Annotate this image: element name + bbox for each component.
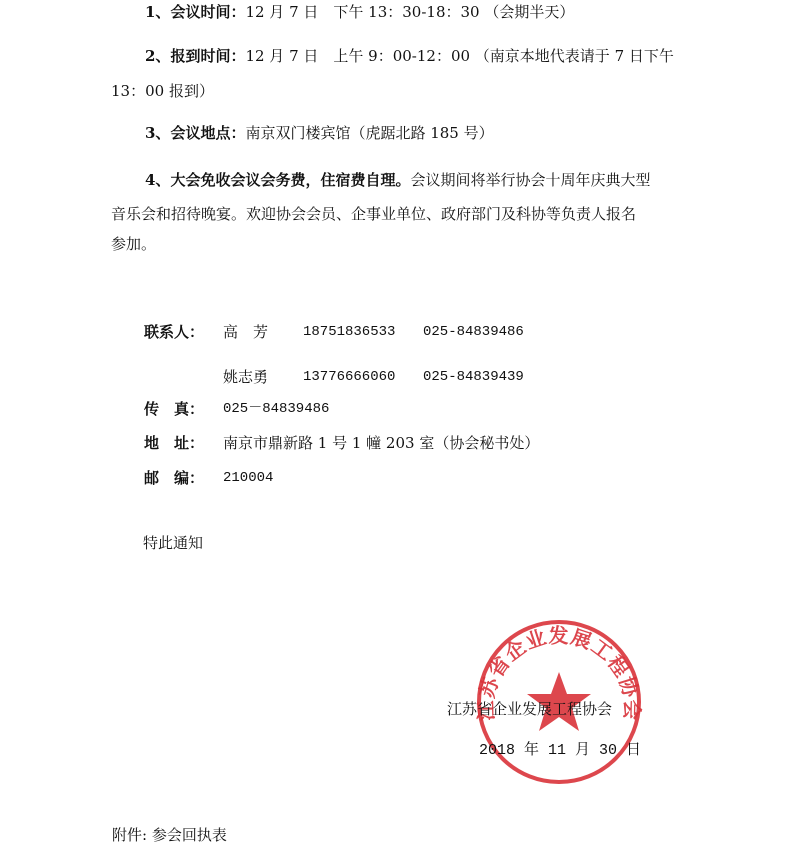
item-1-label: 会议时间： xyxy=(170,3,245,21)
signature-date: 2018 年 11 月 30 日 xyxy=(479,741,641,761)
item-4-continuation-2: 参加。 xyxy=(111,234,156,254)
contact-1-phone: 025-84839486 xyxy=(423,322,524,342)
item-1-text: 12 月 7 日 下午 13：30-18：30 （会期半天） xyxy=(245,3,574,21)
item-2-number: 2、 xyxy=(145,47,170,65)
postcode-value: 210004 xyxy=(223,468,273,488)
contact-1-name: 高 芳 xyxy=(223,322,268,342)
item-1-number: 1、 xyxy=(145,3,170,21)
address-label: 地 址： xyxy=(144,433,204,453)
contact-2-mobile: 13776666060 xyxy=(303,367,395,387)
item-3-label: 会议地点： xyxy=(170,124,245,142)
item-2-text: 12 月 7 日 上午 9：00-12：00 （南京本地代表请于 7 日下午 xyxy=(245,47,673,65)
fax-value: 025－84839486 xyxy=(223,399,329,419)
fax-label: 传 真： xyxy=(144,399,204,419)
item-1: 1、会议时间：12 月 7 日 下午 13：30-18：30 （会期半天） xyxy=(145,2,574,22)
item-4: 4、大会免收会议会务费，住宿费自理。会议期间将举行协会十周年庆典大型 xyxy=(145,170,650,190)
item-4-continuation-1: 音乐会和招待晚宴。欢迎协会会员、企事业单位、政府部门及科协等负责人报名 xyxy=(111,204,636,224)
contact-label: 联系人： xyxy=(144,322,204,342)
item-4-text: 会议期间将举行协会十周年庆典大型 xyxy=(410,171,650,189)
item-4-bold-text: 大会免收会议会务费，住宿费自理。 xyxy=(170,171,410,189)
item-4-number: 4、 xyxy=(145,171,170,189)
item-2-label: 报到时间： xyxy=(170,47,245,65)
contact-1-mobile: 18751836533 xyxy=(303,322,395,342)
closing-text: 特此通知 xyxy=(143,533,203,553)
item-3: 3、会议地点：南京双门楼宾馆（虎踞北路 185 号） xyxy=(145,123,494,143)
item-3-number: 3、 xyxy=(145,124,170,142)
postcode-label: 邮 编： xyxy=(144,468,204,488)
item-3-text: 南京双门楼宾馆（虎踞北路 185 号） xyxy=(245,124,493,142)
address-value: 南京市鼎新路 1 号 1 幢 203 室（协会秘书处） xyxy=(223,433,539,453)
item-2: 2、报到时间：12 月 7 日 上午 9：00-12：00 （南京本地代表请于 … xyxy=(145,46,674,66)
signature-organization: 江苏省企业发展工程协会 xyxy=(447,699,612,719)
contact-2-phone: 025-84839439 xyxy=(423,367,524,387)
attachment-note: 附件: 参会回执表 xyxy=(112,825,227,845)
contact-2-name: 姚志勇 xyxy=(223,367,268,387)
item-2-continuation: 13：00 报到） xyxy=(111,81,214,101)
